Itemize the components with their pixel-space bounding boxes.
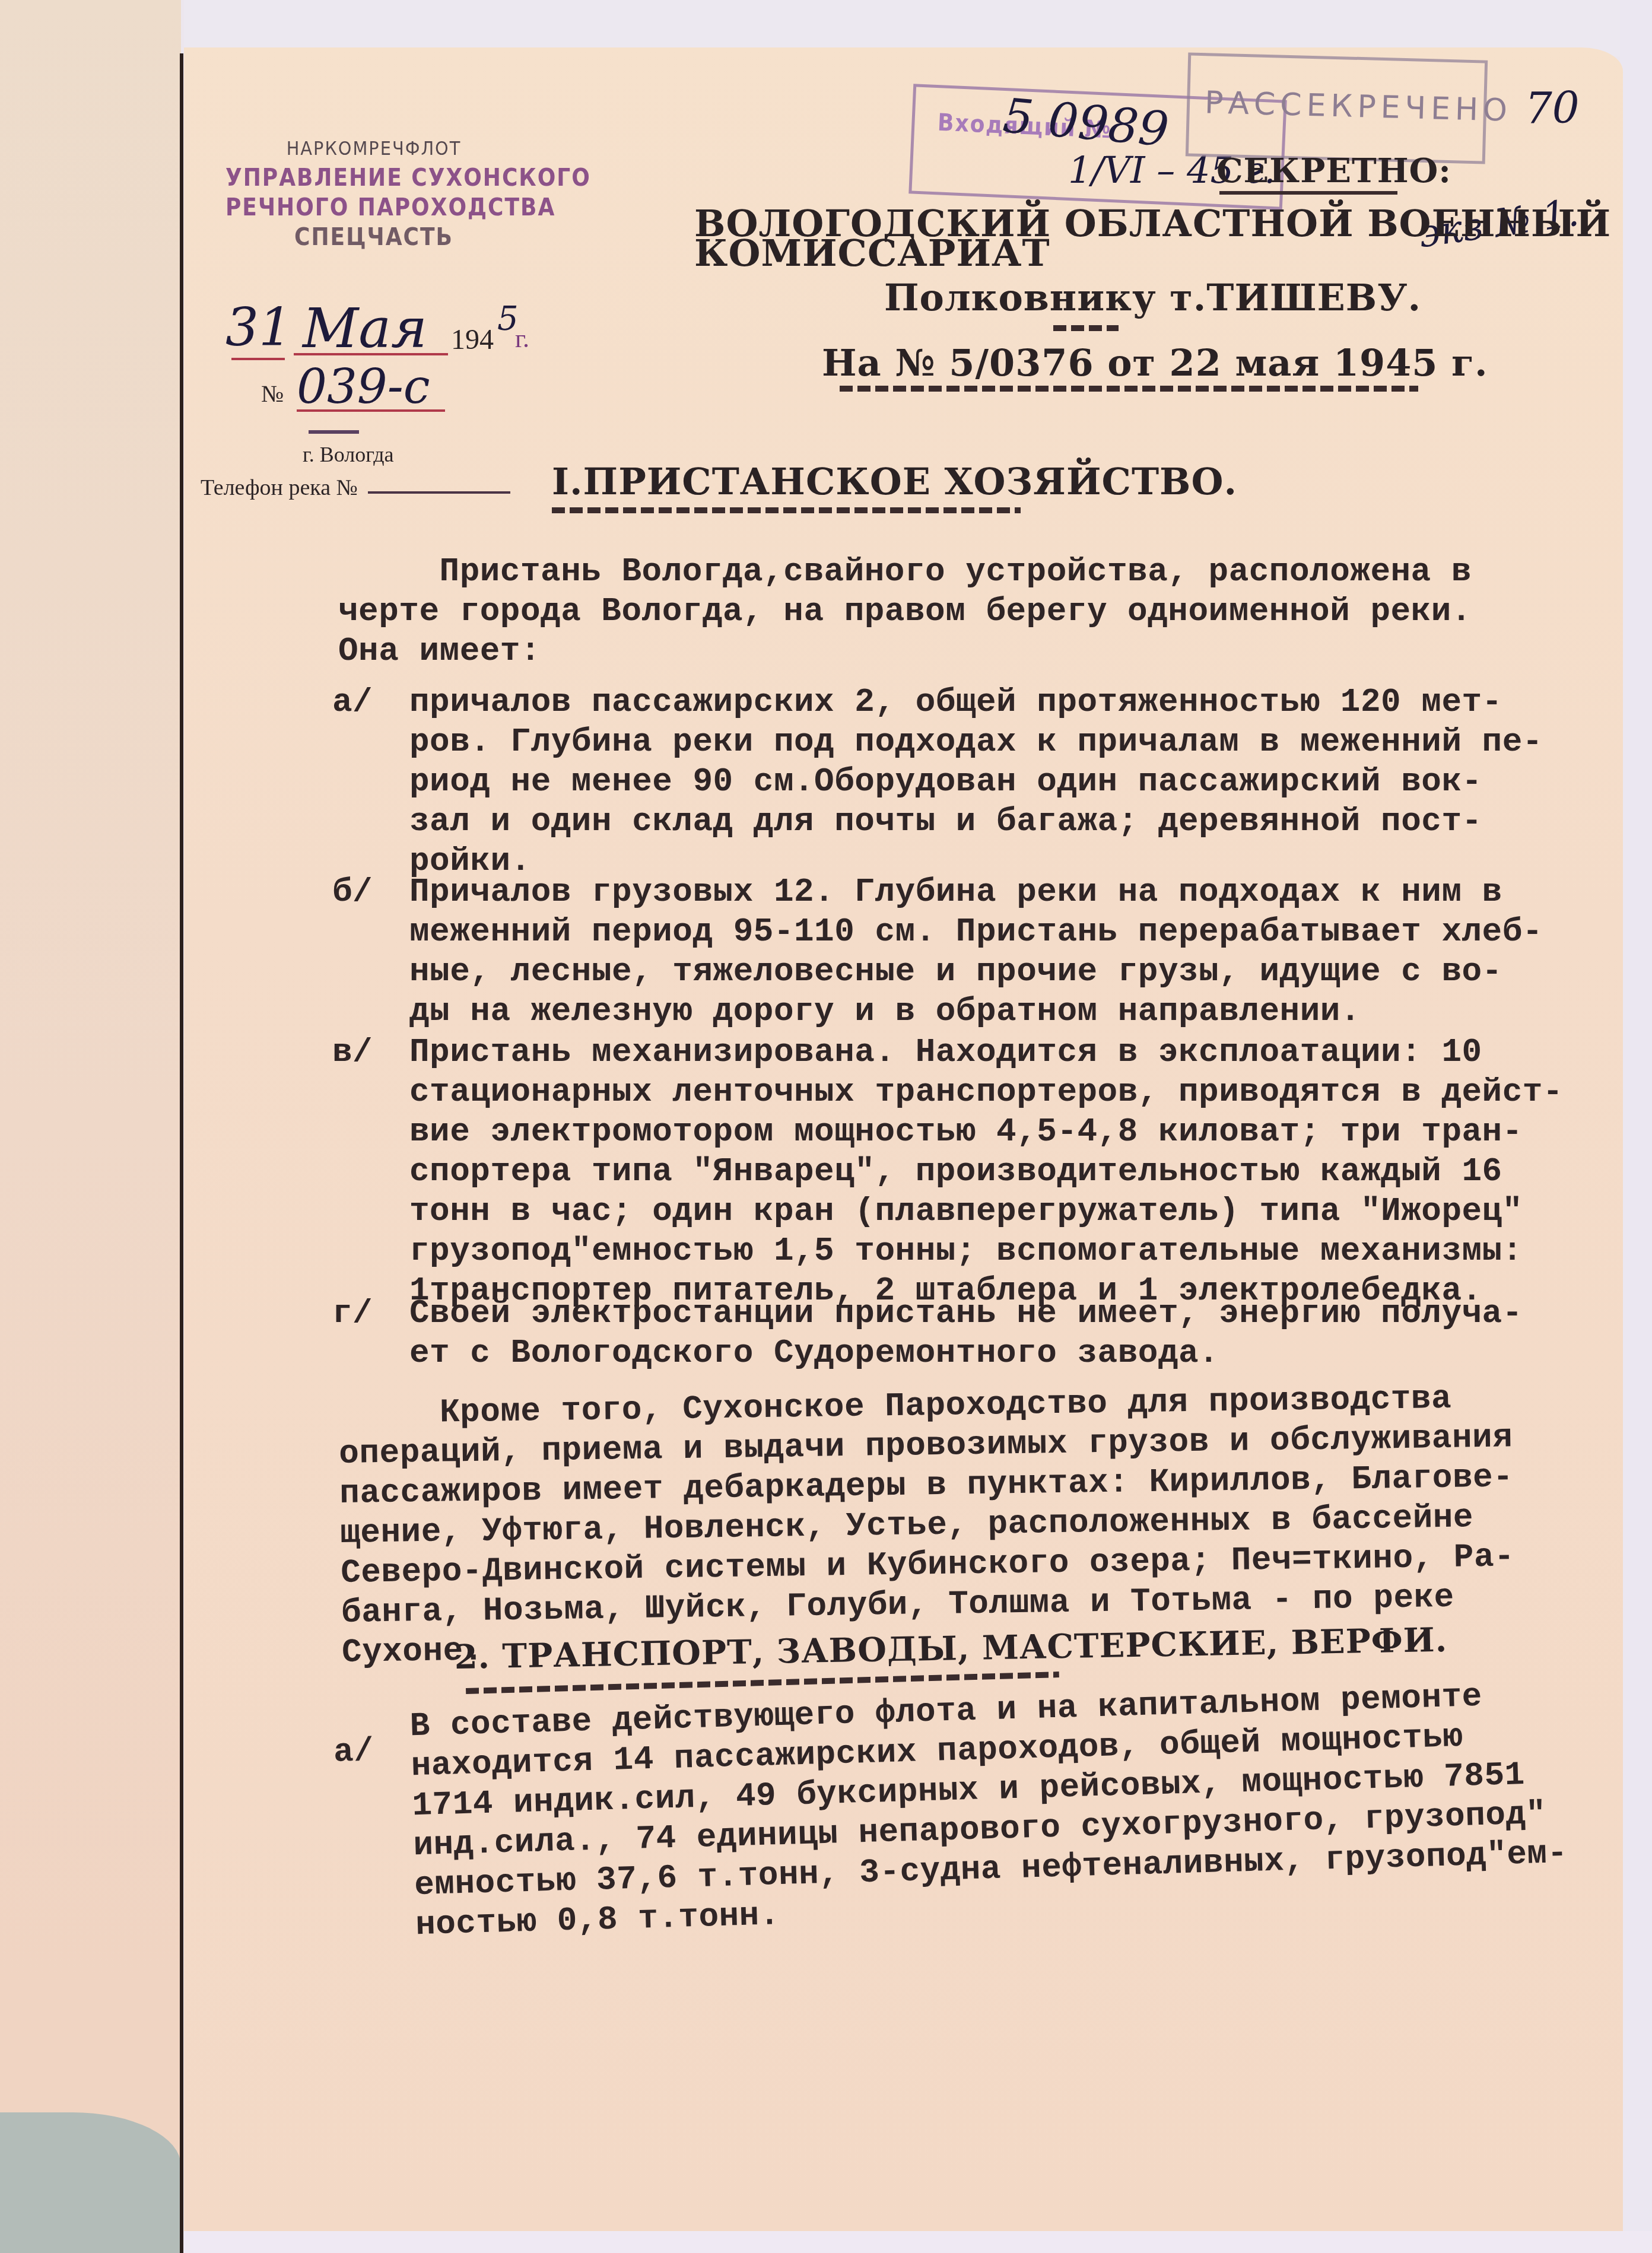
registration-date: 31 Мая 194 5 г. <box>214 297 546 362</box>
intro-line: черте города Вологда, на правом берегу о… <box>338 592 1472 631</box>
organization-stamp: НАРКОМРЕЧФЛОТ УПРАВЛЕНИЕ СУХОНСКОГО РЕЧН… <box>225 134 522 252</box>
phone-label-text: Телефон река № <box>201 475 358 500</box>
stamp-divider <box>309 430 359 434</box>
item-marker: в/ <box>332 1032 373 1072</box>
secret-label: СЕКРЕТНО: <box>1216 151 1451 190</box>
city-label: г. Вологда <box>303 442 393 467</box>
item-line: ные, лесные, тяжеловесные и прочие грузы… <box>409 952 1543 992</box>
secret-underline <box>1219 191 1397 195</box>
item-marker: а/ <box>332 682 373 722</box>
scan-background-right <box>1620 0 1652 2253</box>
reference-line: На № 5/0376 от 22 мая 1945 г. <box>822 341 1488 384</box>
intro-line: Она имеет: <box>338 631 1472 671</box>
phone-label: Телефон река № <box>201 475 358 501</box>
scan-background-bottom <box>184 2231 1652 2253</box>
section1-title-underline <box>552 507 1021 513</box>
item-line: риод не менее 90 см.Оборудован один пасс… <box>409 762 1543 802</box>
page-number: 70 <box>1525 83 1580 133</box>
stamp-line-ministry: НАРКОМРЕЧФЛОТ <box>225 134 522 163</box>
binder-cover-corner <box>0 2112 181 2253</box>
item-marker: г/ <box>332 1294 373 1333</box>
date-month: Мая <box>303 297 427 360</box>
underline-number <box>297 409 445 412</box>
item-line: меженний период 95-110 см. Пристань пере… <box>409 912 1543 952</box>
item-line: стационарных ленточных транспортеров, пр… <box>409 1072 1563 1112</box>
number-value: 039-с <box>297 359 430 414</box>
date-g: г. <box>515 323 529 354</box>
item-line: ды на железную дорогу и в обратном напра… <box>409 992 1543 1031</box>
phone-blank-line <box>368 491 510 494</box>
item-marker: а/ <box>333 1731 374 1772</box>
item-line: тонн в час; один кран (плавперегружатель… <box>409 1191 1563 1231</box>
addressee-org-line2: КОМИССАРИАТ <box>694 231 1050 275</box>
item-line: Причалов грузовых 12. Глубина реки на по… <box>409 872 1543 912</box>
reference-underline <box>840 386 1418 392</box>
binding-seam <box>180 53 183 2253</box>
stamp-line-shipping: РЕЧНОГО ПАРОХОДСТВА <box>225 193 522 223</box>
recipient-underline <box>1053 325 1119 331</box>
registration-number: № 039-с <box>249 359 498 418</box>
item-marker: б/ <box>332 872 373 912</box>
underline-month <box>294 353 448 355</box>
addressee-recipient: Полковнику т.ТИШЕВУ. <box>884 276 1421 319</box>
intro-line: Пристань Вологда,свайного устройства, ра… <box>338 552 1472 592</box>
item-line: ров. Глубина реки под подходах к причала… <box>409 722 1543 762</box>
date-year-prefix: 194 <box>451 323 494 356</box>
item-line: Пристань механизирована. Находится в экс… <box>409 1032 1563 1072</box>
stamp-line-special-unit: СПЕЦЧАСТЬ <box>225 223 522 252</box>
item-line: Своей электростанции пристань не имеет, … <box>409 1294 1523 1333</box>
section1-intro: Пристань Вологда,свайного устройства, ра… <box>338 552 1472 671</box>
item-line: зал и один склад для почты и багажа; дер… <box>409 802 1543 841</box>
item-line: причалов пассажирских 2, общей протяженн… <box>409 682 1543 722</box>
stamp-line-department: УПРАВЛЕНИЕ СУХОНСКОГО <box>225 163 522 193</box>
binder-left-page <box>0 0 181 2253</box>
item-line: ет с Вологодского Судоремонтного завода. <box>409 1333 1523 1373</box>
item-line: вие электромотором мощностью 4,5-4,8 кил… <box>409 1112 1563 1152</box>
section1-title: I.ПРИСТАНСКОЕ ХОЗЯЙСТВО. <box>552 460 1237 503</box>
date-day: 31 <box>225 297 292 358</box>
number-sign: № <box>261 380 284 408</box>
item-line: грузопод"емностью 1,5 тонны; вспомогател… <box>409 1231 1563 1271</box>
item-line: спортера типа "Январец", производительно… <box>409 1152 1563 1191</box>
